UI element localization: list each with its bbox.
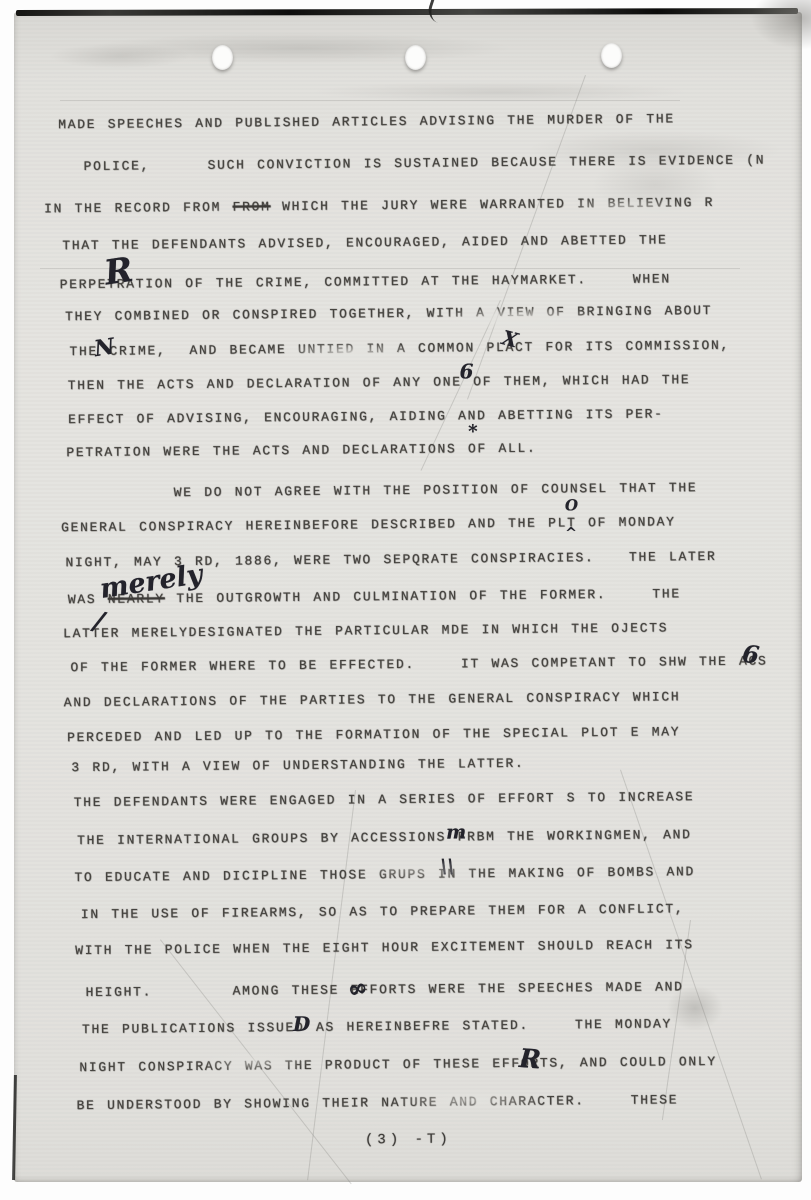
typed-line-15: LATTER MERELYDESIGNATED THE PARTICULAR M… (63, 620, 668, 641)
typewritten-text-layer: (3) -T) MADE SPEECHES AND PUBLISHED ARTI… (0, 0, 811, 1200)
handwritten-scribble-efforts: ∞ (345, 975, 370, 1003)
typed-line-5: PERPETRATION OF THE CRIME, COMMITTED AT … (60, 271, 671, 292)
typed-line-17: AND DECLARATIONS OF THE PARTIES TO THE G… (64, 689, 681, 710)
handwritten-6-acts: 6 (741, 642, 761, 668)
handwritten-r-perpetration: R (102, 253, 135, 291)
typed-line-3: IN THE RECORD FROM FROM WHICH THE JURY W… (44, 195, 714, 216)
page-number: (3) -T) (365, 1132, 452, 1149)
typed-line-10: PETRATION WERE THE ACTS AND DECLARATIONS… (66, 441, 536, 461)
typed-line-12: GENERAL CONSPIRACY HEREINBEFORE DESCRIBE… (61, 514, 676, 535)
typed-line-8: THEN THE ACTS AND DECLARATION OF ANY ONE… (68, 372, 691, 393)
typed-line-4: THAT THE DEFENDANTS ADVISED, ENCOURAGED,… (62, 232, 667, 253)
typed-line-1: MADE SPEECHES AND PUBLISHED ARTICLES ADV… (58, 111, 675, 132)
handwritten-d-issued: D (293, 1014, 311, 1034)
handwritten-n-in: \\ (440, 857, 454, 876)
handwritten-caret-plot: ^ (565, 526, 577, 540)
typed-line-28: BE UNDERSTOOD BY SHOWING THEIR NATURE AN… (77, 1092, 679, 1113)
typed-line-11: WE DO NOT AGREE WITH THE POSITION OF COU… (174, 480, 698, 500)
typed-line-9: EFFECT OF ADVISING, ENCOURAGING, AIDING … (68, 406, 664, 427)
typed-line-26: THE PUBLICATIONS ISSUED AS HEREINBEFRE S… (82, 1016, 672, 1037)
handwritten-m-from: m (446, 823, 466, 842)
typed-line-22: TO EDUCATE AND DICIPLINE THOSE GRUPS IN … (74, 864, 695, 885)
handwritten-6-of-them: 6 (460, 361, 474, 381)
typed-line-20: THE DEFENDANTS WERE ENGAGED IN A SERIES … (74, 789, 695, 810)
typed-line-18: PERCEDED AND LED UP TO THE FORMATION OF … (67, 724, 680, 745)
typed-line-16: OF THE FORMER WHERE TO BE EFFECTED. IT W… (70, 653, 767, 675)
typed-line-23: IN THE USE OF FIREARMS, SO AS TO PREPARE… (81, 901, 685, 922)
typed-line-27: NIGHT CONSPIRACY WAS THE PRODUCT OF THES… (79, 1054, 717, 1075)
typed-line-2: POLICE, SUCH CONVICTION IS SUSTAINED BEC… (84, 152, 766, 174)
typed-line-25: HEIGHT. AMONG THESE EFFORTS WERE THE SPE… (85, 979, 683, 1000)
handwritten-o-plot: O (565, 498, 578, 513)
handwritten-r-efforts: R (518, 1046, 542, 1074)
typed-line-6: THEY COMBINED OR CONSPIRED TOGETHER, WIT… (65, 303, 712, 324)
handwritten-mark-abetting: * (468, 423, 478, 441)
typed-line-21: THE INTERNATIONAL GROUPS BY ACCESSIONS F… (77, 827, 692, 848)
typed-line-19: 3 RD, WITH A VIEW OF UNDERSTANDING THE L… (71, 756, 524, 775)
typed-line-24: WITH THE POLICE WHEN THE EIGHT HOUR EXCI… (75, 937, 694, 958)
typed-line-7: THE CRIME, AND BECAME UNTIED IN A COMMON… (69, 338, 730, 359)
handwritten-insertion-mark: N (93, 335, 116, 360)
